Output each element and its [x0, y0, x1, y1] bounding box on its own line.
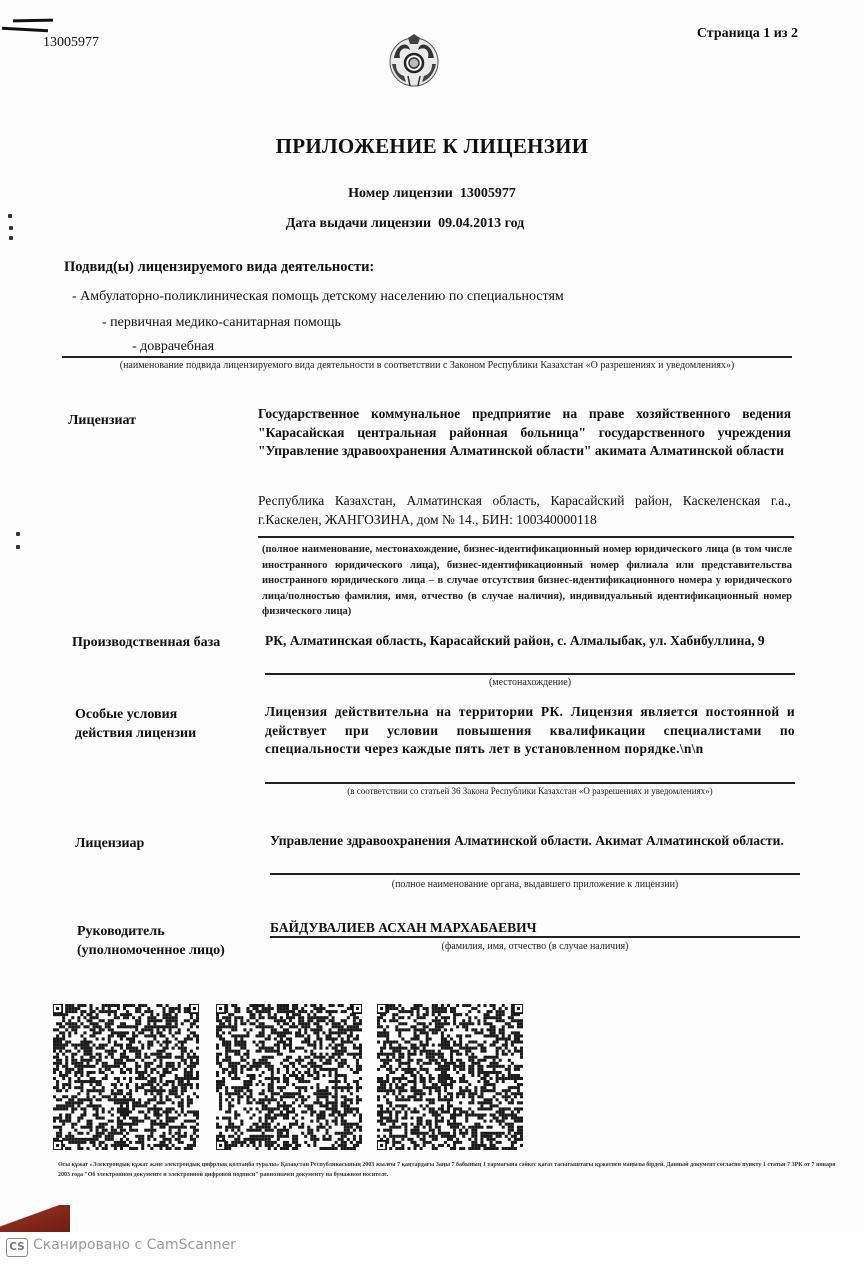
divider [270, 873, 800, 875]
licensee-note: (полное наименование, местонахождение, б… [262, 542, 792, 620]
divider [62, 356, 792, 358]
head-name: БАЙДУВАЛИЕВ АСХАН МАРХАБАЕВИЧ [270, 919, 800, 938]
licensee-name: Государственное коммунальное предприятие… [258, 405, 791, 461]
page-indicator: Страница 1 из 2 [697, 26, 798, 42]
qr-code-3 [377, 1004, 523, 1150]
document-title: ПРИЛОЖЕНИЕ К ЛИЦЕНЗИИ [0, 134, 864, 159]
divider [258, 536, 794, 538]
divider [265, 673, 795, 675]
head-label-line2: (уполномоченное лицо) [77, 941, 225, 960]
subtypes-heading: Подвид(ы) лицензируемого вида деятельнос… [64, 259, 374, 276]
licensor-note: (полное наименование органа, выдавшего п… [270, 879, 800, 890]
margin-dot [9, 226, 13, 230]
margin-dot [16, 545, 20, 549]
licensor-label: Лицензиар [75, 834, 144, 853]
camscanner-watermark-text: Сканировано с CamScanner [33, 1237, 236, 1253]
document-page: 13005977 Страница 1 из 2 ПРИЛОЖЕНИЕ К ЛИ… [0, 0, 864, 1232]
license-number-value: 13005977 [460, 186, 516, 201]
divider [265, 782, 795, 784]
scan-edge [0, 1205, 70, 1232]
handwritten-mark [13, 19, 53, 23]
license-number-label: Номер лицензии [348, 186, 453, 201]
camscanner-logo-icon: CS [6, 1238, 28, 1257]
special-conditions-note: (в соответствии со статьей 36 Закона Рес… [265, 786, 795, 796]
license-date-label: Дата выдачи лицензии [286, 216, 431, 231]
divider [270, 936, 800, 938]
licensee-label: Лицензиат [68, 411, 136, 430]
license-date: Дата выдачи лицензии 09.04.2013 год [0, 216, 810, 232]
subtypes-note: (наименование подвида лицензируемого вид… [62, 359, 792, 373]
production-base-note: (местонахождение) [265, 677, 795, 688]
qr-code-2 [216, 1004, 362, 1150]
license-number: Номер лицензии 13005977 [0, 186, 864, 202]
special-conditions-label-line2: действия лицензии [75, 724, 196, 743]
production-base-value: РК, Алматинская область, Карасайский рай… [265, 632, 795, 651]
margin-dot [9, 236, 13, 240]
qr-code-1 [53, 1004, 199, 1150]
special-conditions-value: Лицензия действительна на территории РК.… [265, 703, 795, 759]
handwritten-mark [2, 27, 48, 32]
head-label-line1: Руководитель [77, 922, 225, 941]
license-date-value: 09.04.2013 год [438, 216, 524, 231]
special-conditions-label: Особые условия действия лицензии [75, 705, 196, 743]
head-note: (фамилия, имя, отчество (в случае наличи… [270, 941, 800, 952]
licensor-value: Управление здравоохранения Алматинской о… [270, 832, 797, 851]
licensee-address: Республика Казахстан, Алматинская област… [258, 492, 791, 529]
subtype-item: - доврачебная [132, 339, 214, 355]
margin-dot [16, 532, 20, 536]
document-id: 13005977 [43, 35, 99, 51]
state-emblem-icon [386, 32, 442, 88]
margin-dot [8, 214, 12, 218]
special-conditions-label-line1: Особые условия [75, 705, 196, 724]
legal-footer-note: Осы құжат «Электрондық құжат және электр… [58, 1160, 838, 1180]
subtype-item: - первичная медико-санитарная помощь [102, 315, 341, 331]
head-label: Руководитель (уполномоченное лицо) [77, 922, 225, 960]
subtype-item: - Амбулаторно-поликлиническая помощь дет… [72, 289, 564, 305]
production-base-label: Производственная база [72, 633, 220, 652]
